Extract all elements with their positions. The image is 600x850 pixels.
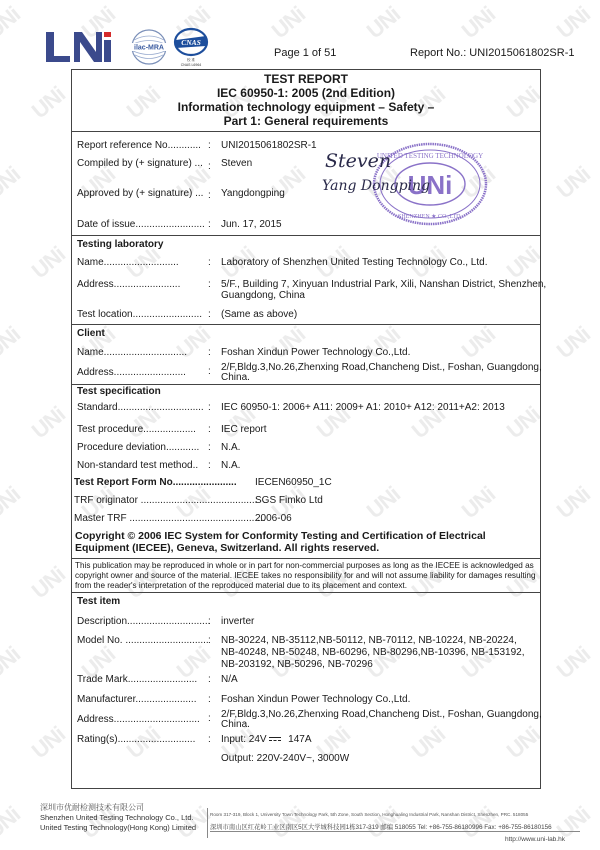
model-no-value: NB-30224, NB-35112,NB-50112, NB-70112, N… (221, 635, 525, 671)
watermark-mark: UNi (596, 722, 600, 764)
watermark-mark: UNi (26, 402, 69, 444)
rating-input: Input: 24V 147A (221, 734, 312, 745)
rating-output: Output: 220V-240V~, 3000W (221, 753, 349, 764)
colon: : (208, 734, 211, 745)
footer-company-hk: United Testing Technology(Hong Kong) Lim… (40, 823, 196, 832)
watermark-mark: UNi (596, 402, 600, 444)
colon: : (208, 279, 211, 290)
colon: : (208, 219, 211, 230)
colon: : (208, 366, 211, 377)
watermark-mark: UNi (596, 82, 600, 124)
watermark-mark: UNi (596, 562, 600, 604)
manufacturer-address-label: Address............................... (77, 714, 200, 725)
footer-website-link[interactable]: http://www.uni-lab.hk (505, 836, 565, 843)
test-item-heading: Test item (77, 596, 120, 607)
signature-compiled: Steven (325, 150, 391, 172)
trf-originator-label: TRF originator .........................… (74, 495, 257, 506)
svg-text:SHENZHEN ★ CO.,LTD.: SHENZHEN ★ CO.,LTD. (398, 213, 462, 220)
manufacturer-address-line-2: China. (221, 720, 542, 730)
watermark-mark: UNi (266, 2, 309, 44)
report-reference-value: UNI2015061802SR-1 (221, 140, 317, 151)
title-standard: IEC 60950-1: 2005 (2nd Edition) (72, 86, 540, 100)
colon: : (208, 635, 211, 646)
report-number: Report No.: UNI2015061802SR-1 (410, 47, 574, 59)
footer-address-cn: 深圳市南山区红花岭工业区南区5区大学城科技园1栋317-319 邮编 51805… (210, 822, 552, 831)
client-address-value: 2/F,Bldg.3,No.26,Zhenxing Road,Chancheng… (221, 363, 542, 383)
footer-separator (207, 808, 208, 838)
watermark-mark: UNi (0, 482, 25, 524)
page-number: Page 1 of 51 (274, 47, 336, 59)
colon: : (208, 161, 211, 172)
rating-input-voltage: Input: 24V (221, 734, 267, 745)
approved-by-value: Yangdongping (221, 188, 285, 199)
cnas-logo: CNAS 校 准 CNAS L6964 (172, 26, 210, 68)
watermark-mark: UNi (456, 2, 499, 44)
test-location-value: (Same as above) (221, 309, 297, 320)
watermark-mark: UNi (551, 642, 594, 684)
colon: : (208, 424, 211, 435)
watermark-mark: UNi (26, 562, 69, 604)
svg-text:CNAS: CNAS (181, 38, 201, 47)
svg-text:UNITED TESTING TECHNOLOGY: UNITED TESTING TECHNOLOGY (377, 152, 483, 160)
watermark-mark: UNi (551, 482, 594, 524)
standard-label: Standard............................... (77, 402, 204, 413)
signature-approved: Yang Dongping (322, 178, 430, 194)
dc-symbol-icon (269, 736, 281, 742)
manufacturer-value: Foshan Xindun Power Technology Co.,Ltd. (221, 694, 410, 705)
manufacturer-label: Manufacturer...................... (77, 694, 197, 705)
svg-text:校 准: 校 准 (187, 57, 195, 62)
report-reference-label: Report reference No............ (77, 140, 201, 151)
lab-address-line-2: Guangdong, China (221, 290, 546, 301)
client-address-line-2: China. (221, 373, 542, 383)
client-name-label: Name.............................. (77, 347, 187, 358)
manufacturer-address-line-1: 2/F,Bldg.3,No.26,Zhenxing Road,Chancheng… (221, 710, 542, 720)
colon: : (208, 140, 211, 151)
client-name-value: Foshan Xindun Power Technology Co.,Ltd. (221, 347, 410, 358)
lab-name-label: Name........................... (77, 257, 179, 268)
client-address-label: Address.......................... (77, 367, 186, 378)
client-address-line-1: 2/F,Bldg.3,No.26,Zhenxing Road,Chancheng… (221, 363, 542, 373)
compiled-by-value: Steven (221, 158, 252, 169)
colon: : (208, 257, 211, 268)
colon: : (208, 694, 211, 705)
title-equipment: Information technology equipment – Safet… (72, 100, 540, 114)
title-part: Part 1: General requirements (72, 114, 540, 128)
standard-value: IEC 60950-1: 2006+ A11: 2009+ A1: 2010+ … (221, 402, 505, 413)
trf-form-label: Test Report Form No.....................… (74, 477, 237, 488)
colon: : (208, 347, 211, 358)
colon: : (208, 190, 211, 201)
test-location-label: Test location......................... (77, 309, 202, 320)
title-box: TEST REPORT IEC 60950-1: 2005 (2nd Editi… (71, 69, 541, 132)
rating-label: Rating(s)............................ (77, 734, 195, 745)
test-spec-heading: Test specification (77, 386, 161, 397)
uni-logo (44, 30, 114, 64)
description-label: Description.............................… (77, 616, 210, 627)
approved-by-label: Approved by (+ signature) ... (77, 188, 203, 199)
model-line-2: NB-40248, NB-50248, NB-60296, NB-80296,N… (221, 647, 525, 659)
lab-address-label: Address........................ (77, 279, 180, 290)
colon: : (208, 309, 211, 320)
trf-originator-value: SGS Fimko Ltd (255, 495, 323, 506)
watermark-mark: UNi (551, 322, 594, 364)
testing-lab-heading: Testing laboratory (77, 239, 164, 250)
rating-input-current: 147A (288, 734, 311, 745)
manufacturer-address-value: 2/F,Bldg.3,No.26,Zhenxing Road,Chancheng… (221, 710, 542, 730)
test-procedure-value: IEC report (221, 424, 267, 435)
watermark-mark: UNi (26, 722, 69, 764)
svg-text:ilac-MRA: ilac-MRA (134, 45, 164, 52)
test-procedure-label: Test procedure................... (77, 424, 196, 435)
compiled-by-label: Compiled by (+ signature) ... (77, 158, 203, 169)
divider (71, 592, 541, 593)
watermark-mark: UNi (0, 162, 25, 204)
master-trf-value: 2006-06 (255, 513, 292, 524)
date-of-issue-label: Date of issue......................... (77, 219, 205, 230)
footer-company-en: Shenzhen United Testing Technology Co., … (40, 813, 194, 822)
divider (71, 235, 541, 236)
trf-form-value: IECEN60950_1C (255, 477, 332, 488)
description-value: inverter (221, 616, 254, 627)
non-standard-method-value: N.A. (221, 460, 240, 471)
model-line-1: NB-30224, NB-35112,NB-50112, NB-70112, N… (221, 635, 525, 647)
date-of-issue-value: Jun. 17, 2015 (221, 219, 282, 230)
trade-mark-value: N/A (221, 674, 238, 685)
colon: : (208, 674, 211, 685)
colon: : (208, 713, 211, 724)
non-standard-method-label: Non-standard test method.. (77, 460, 198, 471)
lab-address-line-1: 5/F., Building 7, Xinyuan Industrial Par… (221, 279, 546, 290)
watermark-mark: UNi (551, 162, 594, 204)
watermark-mark: UNi (0, 802, 25, 844)
svg-text:CNAS L6964: CNAS L6964 (181, 63, 201, 67)
watermark-mark: UNi (361, 2, 404, 44)
watermark-mark: UNi (551, 2, 594, 44)
procedure-deviation-value: N.A. (221, 442, 240, 453)
copyright-disclaimer: This publication may be reproduced in wh… (75, 561, 541, 591)
divider (71, 384, 541, 385)
watermark-mark: UNi (26, 242, 69, 284)
client-heading: Client (77, 328, 105, 339)
procedure-deviation-label: Procedure deviation............ (77, 442, 199, 453)
watermark-mark: UNi (26, 82, 69, 124)
lab-address-value: 5/F., Building 7, Xinyuan Industrial Par… (221, 279, 546, 301)
colon: : (208, 402, 211, 413)
copyright-notice: Copyright © 2006 IEC System for Conformi… (75, 530, 537, 554)
watermark-mark: UNi (0, 2, 25, 44)
trade-mark-label: Trade Mark......................... (77, 674, 197, 685)
footer-company-cn: 深圳市优耐检测技术有限公司 (40, 802, 144, 813)
colon: : (208, 442, 211, 453)
watermark-mark: UNi (0, 322, 25, 364)
footer-address-en: Room 317-319, Block 1, University Town T… (210, 812, 528, 817)
footer-rule (210, 831, 580, 832)
colon: : (208, 460, 211, 471)
title-test-report: TEST REPORT (72, 72, 540, 86)
divider (71, 558, 541, 559)
master-trf-label: Master TRF .............................… (74, 513, 266, 524)
watermark-mark: UNi (596, 242, 600, 284)
lab-name-value: Laboratory of Shenzhen United Testing Te… (221, 257, 487, 268)
ilac-mra-logo: ilac-MRA (128, 28, 170, 66)
watermark-mark: UNi (0, 642, 25, 684)
model-no-label: Model No. .............................. (77, 635, 209, 646)
colon: : (208, 616, 211, 627)
divider (71, 324, 541, 325)
model-line-3: NB-203192, NB-50296, NB-70296 (221, 659, 525, 671)
